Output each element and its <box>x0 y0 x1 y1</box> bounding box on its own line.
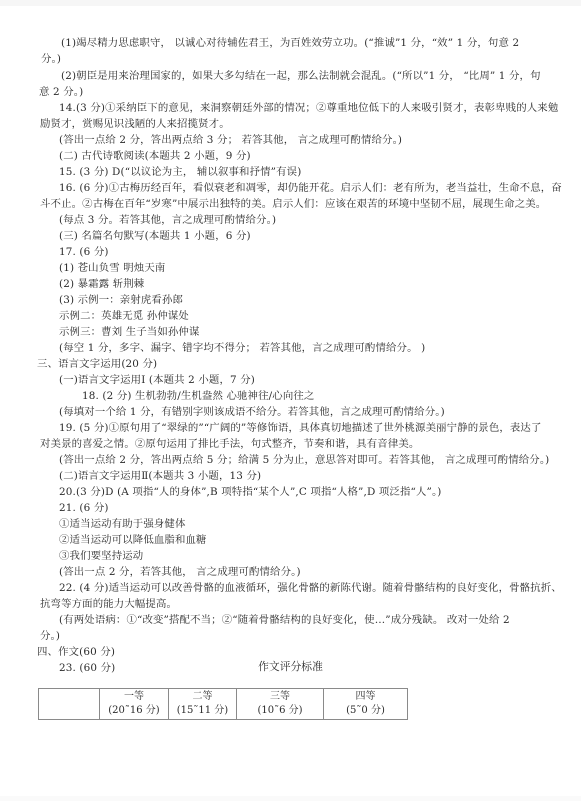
table-row: 一等 (20˜16 分) 二等 (15˜11 分) 三等 (10˜6 分) 四等… <box>39 689 408 720</box>
text-line: 励贤才，赏赐见识浅陋的人来招揽贤才。 <box>40 117 230 131</box>
text-line: 分。) <box>40 629 60 643</box>
text-line: (答出一点给 2 分，答出两点给 5 分；给满 5 分为止，意思答对即可。若答其… <box>59 453 549 467</box>
table-cell-grade-3: 三等 (10˜6 分) <box>237 689 324 720</box>
grade-label: 一等 <box>100 690 168 704</box>
text-line: 四、作文(60 分) <box>37 645 115 659</box>
text-line: 斗不止。②古梅在百年“岁寒”中展示出独特的美。启示人们：应该在艰苦的环境中坚韧不… <box>40 197 546 211</box>
text-line: (3) 示例一：亲射虎看孙郎 <box>59 293 183 307</box>
grade-range: (20˜16 分) <box>100 704 168 718</box>
text-line: ③我们要坚持运动 <box>59 549 143 563</box>
text-line: (每空 1 分，多字、漏字、错字均不得分； 若答其他，言之成理可酌情给分。 ) <box>59 341 425 355</box>
table-cell-grade-1: 一等 (20˜16 分) <box>100 689 169 720</box>
text-line: 对美景的喜爱之情。②原句运用了排比手法，句式整齐，节奏和谐，具有音律美。 <box>40 437 419 451</box>
text-line: (二) 古代诗歌阅读(本题共 2 小题，9 分) <box>59 149 251 163</box>
grade-label: 二等 <box>169 690 236 704</box>
text-line: 20.(3 分)D (A 项指“人的身体”,B 项特指“某个人”,C 项指“人格… <box>59 485 442 499</box>
text-line: 14.(3 分)①采纳臣下的意见，来洞察朝廷外部的情况；②尊重地位低下的人来吸引… <box>59 101 558 115</box>
table-cell-grade-4: 四等 (5˜0 分) <box>324 689 408 720</box>
text-line: ①适当运动有助于强身健体 <box>59 517 186 531</box>
essay-grading-table: 一等 (20˜16 分) 二等 (15˜11 分) 三等 (10˜6 分) 四等… <box>38 688 408 720</box>
grade-range: (15˜11 分) <box>169 704 236 718</box>
text-line: (每点 3 分。若答其他，言之成理可酌情给分。) <box>59 213 276 227</box>
text-line: 分。) <box>41 52 61 66</box>
grade-range: (5˜0 分) <box>324 704 407 718</box>
page-top-edge <box>0 0 581 6</box>
text-line: 18. (2 分) 生机勃勃/生机盎然 心驰神往/心向往之 <box>82 389 314 403</box>
text-line: (1) 苍山负雪 明烛天南 <box>59 261 165 275</box>
text-line: (答出一点 2 分，若答其他， 言之成理可酌情给分。) <box>59 565 301 579</box>
text-line: 15. (3 分) D(“以议论为主， 辅以叙事和抒情”有误) <box>59 165 301 179</box>
text-line: 抗弯等方面的能力大幅提高。 <box>40 597 177 611</box>
table-title: 作文评分标准 <box>0 660 581 674</box>
table-cell-blank <box>39 689 100 720</box>
text-line: (每填对一个给 1 分，有错别字则该成语不给分。若答其他，言之成理可酌情给分。) <box>59 405 445 419</box>
text-line: (二)语言文字运用Ⅱ(本题共 3 小题，13 分) <box>59 469 261 483</box>
text-line: 21. (6 分) <box>59 501 109 515</box>
text-line: (三) 名篇名句默写(本题共 1 小题，6 分) <box>59 229 251 243</box>
text-line: 22. (4 分)适当运动可以改善骨骼的血液循环，强化骨骼的新陈代谢。随着骨骼结… <box>59 581 562 595</box>
grade-range: (10˜6 分) <box>237 704 323 718</box>
grade-label: 四等 <box>324 690 407 704</box>
text-line: (2) 暴霜露 斩荆棘 <box>59 277 144 291</box>
text-line: 17. (6 分) <box>59 245 109 259</box>
text-line: (答出一点给 2 分，答出两点给 3 分； 若答其他， 言之成理可酌情给分。) <box>59 133 402 147</box>
table-cell-grade-2: 二等 (15˜11 分) <box>169 689 237 720</box>
text-line: (一)语言文字运用Ⅰ (本题共 2 小题，7 分) <box>59 373 255 387</box>
text-line: ②适当运动可以降低血脂和血糖 <box>59 533 207 547</box>
text-line: (2)朝臣是用来治理国家的，如果大多勾结在一起，那么法制就会混乱。(“所以”1 … <box>61 69 541 83</box>
text-line: (1)竭尽精力思虑职守， 以诚心对待辅佐君王，为百姓效劳立功。(“推诚”1 分，… <box>61 36 519 50</box>
text-line: 示例二：英雄无觅 孙仲谋处 <box>59 309 189 323</box>
text-line: (有两处语病：①“改变”搭配不当；②“随着骨骼结构的良好变化，使…”成分残缺。 … <box>59 613 510 627</box>
text-line: 意 2 分。) <box>39 85 83 99</box>
text-line: 示例三：曹刘 生子当如孙仲谋 <box>59 325 199 339</box>
text-line: 19. (5 分)①原句用了“翠绿的”“广阔的”等修饰语，具体真切地描述了世外桃… <box>59 421 542 435</box>
text-line: 16. (6 分)①古梅历经百年，看似衰老和凋零，却仍能开花。启示人们：老有所为… <box>59 181 562 195</box>
grade-label: 三等 <box>237 690 323 704</box>
text-line: 三、语言文字运用(20 分) <box>37 357 157 371</box>
page-bottom-edge <box>0 796 581 801</box>
